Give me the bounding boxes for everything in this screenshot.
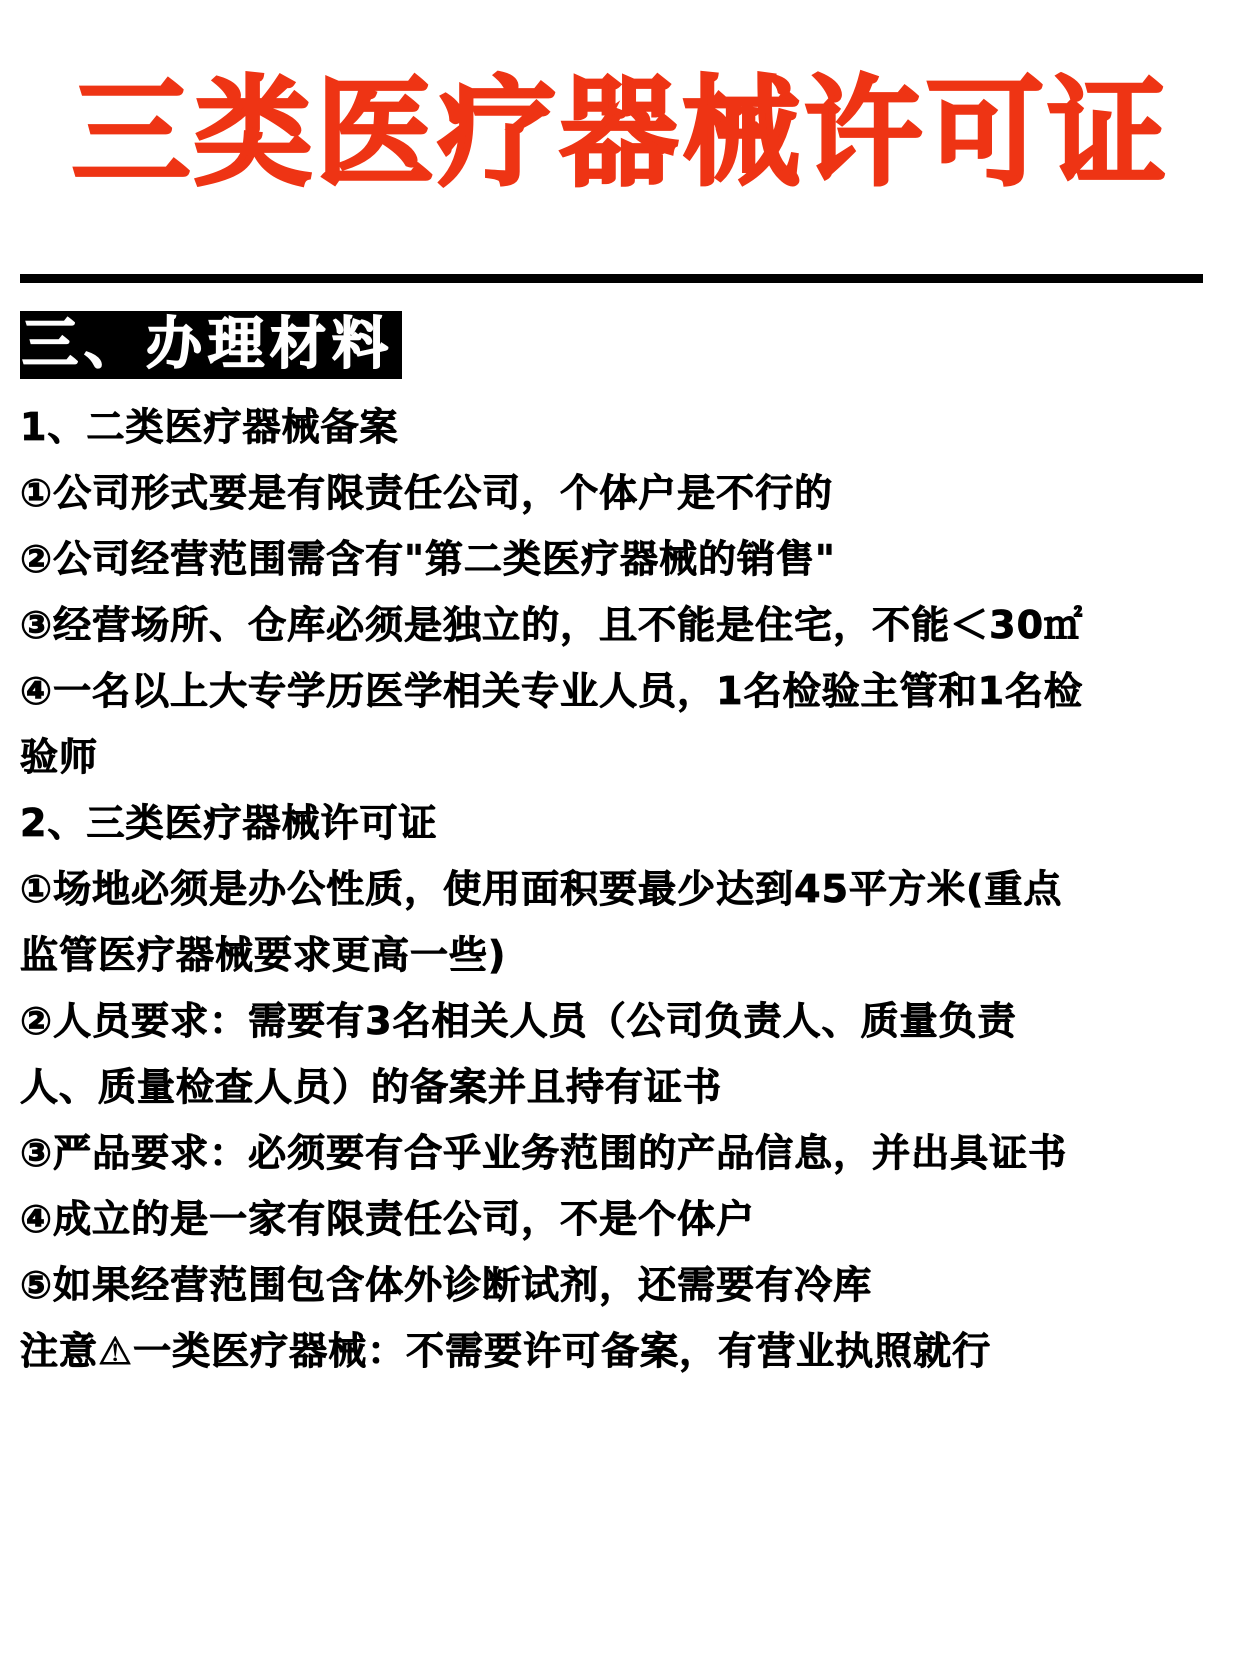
list-item-continuation: 人、质量检查人员）的备案并且持有证书 bbox=[20, 1054, 1242, 1120]
list-item-continuation: 监管医疗器械要求更高一些) bbox=[20, 922, 1242, 988]
list-item: ①场地必须是办公性质，使用面积要最少达到45平方米(重点 bbox=[20, 856, 1242, 922]
list-item-continuation: 验师 bbox=[20, 724, 1242, 790]
list-item: ①公司形式要是有限责任公司，个体户是不行的 bbox=[20, 460, 1242, 526]
page-title: 三类医疗器械许可证 bbox=[0, 58, 1242, 208]
list-item: ③严品要求：必须要有合乎业务范围的产品信息，并出具证书 bbox=[20, 1120, 1242, 1186]
list-item: ④一名以上大专学历医学相关专业人员，1名检验主管和1名检 bbox=[20, 658, 1242, 724]
list-item: ⑤如果经营范围包含体外诊断试剂，还需要有冷库 bbox=[20, 1252, 1242, 1318]
list-item: ②人员要求：需要有3名相关人员（公司负责人、质量负责 bbox=[20, 988, 1242, 1054]
list-item: ②公司经营范围需含有"第二类医疗器械的销售" bbox=[20, 526, 1242, 592]
subheading-class-3: 2、三类医疗器械许可证 bbox=[20, 790, 1242, 856]
subheading-class-2: 1、二类医疗器械备案 bbox=[20, 394, 1242, 460]
divider bbox=[20, 274, 1203, 283]
content-body: 1、二类医疗器械备案 ①公司形式要是有限责任公司，个体户是不行的 ②公司经营范围… bbox=[20, 394, 1242, 1384]
list-item: ④成立的是一家有限责任公司，不是个体户 bbox=[20, 1186, 1242, 1252]
list-item: ③经营场所、仓库必须是独立的，且不能是住宅，不能＜30㎡ bbox=[20, 592, 1242, 658]
section-heading: 三、办理材料 bbox=[20, 311, 402, 379]
note-line: 注意⚠一类医疗器械：不需要许可备案，有营业执照就行 bbox=[20, 1318, 1242, 1384]
